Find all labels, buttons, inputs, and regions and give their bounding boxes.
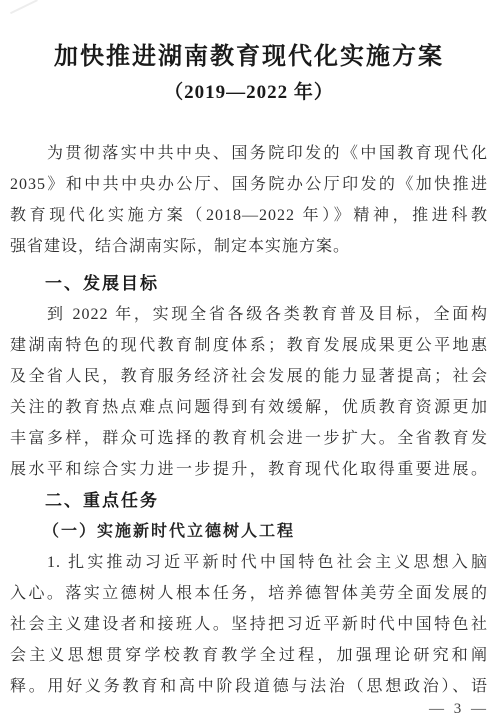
text-line: 为贯彻落实中共中央、国务院印发的《中国教育现代化: [10, 138, 488, 169]
text-line: 教育现代化实施方案（2018—2022 年）》精神，推进科教: [10, 200, 488, 231]
document-title: 加快推进湖南教育现代化实施方案: [10, 41, 488, 73]
intro-paragraph: 为贯彻落实中共中央、国务院印发的《中国教育现代化2035》和中共中央办公厅、国务…: [10, 138, 488, 262]
scan-artifact: [10, 0, 44, 27]
section-heading-development-goals: 一、发展目标: [10, 268, 488, 299]
section1-paragraph: 到 2022 年，实现全省各级各类教育普及目标，全面构建湖南特色的现代教育制度体…: [10, 299, 488, 485]
text-line: 释。用好义务教育和高中阶段道德与法治（思想政治）、语: [10, 671, 488, 702]
text-line: 及全省人民，教育服务经济社会发展的能力显著提高；社会: [10, 361, 488, 392]
section2-paragraph: 1. 扎实推动习近平新时代中国特色社会主义思想入脑入心。落实立德树人根本任务，培…: [10, 547, 488, 702]
section-heading-key-tasks: 二、重点任务: [10, 485, 488, 516]
text-line: 入心。落实立德树人根本任务，培养德智体美劳全面发展的: [10, 578, 488, 609]
text-line: 丰富多样，群众可选择的教育机会进一步扩大。全省教育发: [10, 423, 488, 454]
text-line: 展水平和综合实力进一步提升，教育现代化取得重要进展。: [10, 454, 488, 485]
document-subtitle: （2019—2022 年）: [10, 80, 488, 106]
text-line: 到 2022 年，实现全省各级各类教育普及目标，全面构: [10, 299, 488, 330]
text-line: 2035》和中共中央办公厅、国务院办公厅印发的《加快推进: [10, 169, 488, 200]
text-line: 会主义思想贯穿学校教育教学全过程，加强理论研究和阐: [10, 640, 488, 671]
text-line: 建湖南特色的现代教育制度体系；教育发展成果更公平地惠: [10, 330, 488, 361]
subsection-heading-moral-education: （一）实施新时代立德树人工程: [10, 516, 488, 547]
document-page: 加快推进湖南教育现代化实施方案 （2019—2022 年） 为贯彻落实中共中央、…: [0, 0, 499, 728]
text-line: 1. 扎实推动习近平新时代中国特色社会主义思想入脑: [10, 547, 488, 578]
text-line: 强省建设，结合湖南实际，制定本实施方案。: [10, 231, 488, 262]
text-line: 社会主义建设者和接班人。坚持把习近平新时代中国特色社: [10, 609, 488, 640]
page-number: — 3 —: [429, 701, 489, 718]
text-line: 关注的教育热点难点问题得到有效缓解，优质教育资源更加: [10, 392, 488, 423]
